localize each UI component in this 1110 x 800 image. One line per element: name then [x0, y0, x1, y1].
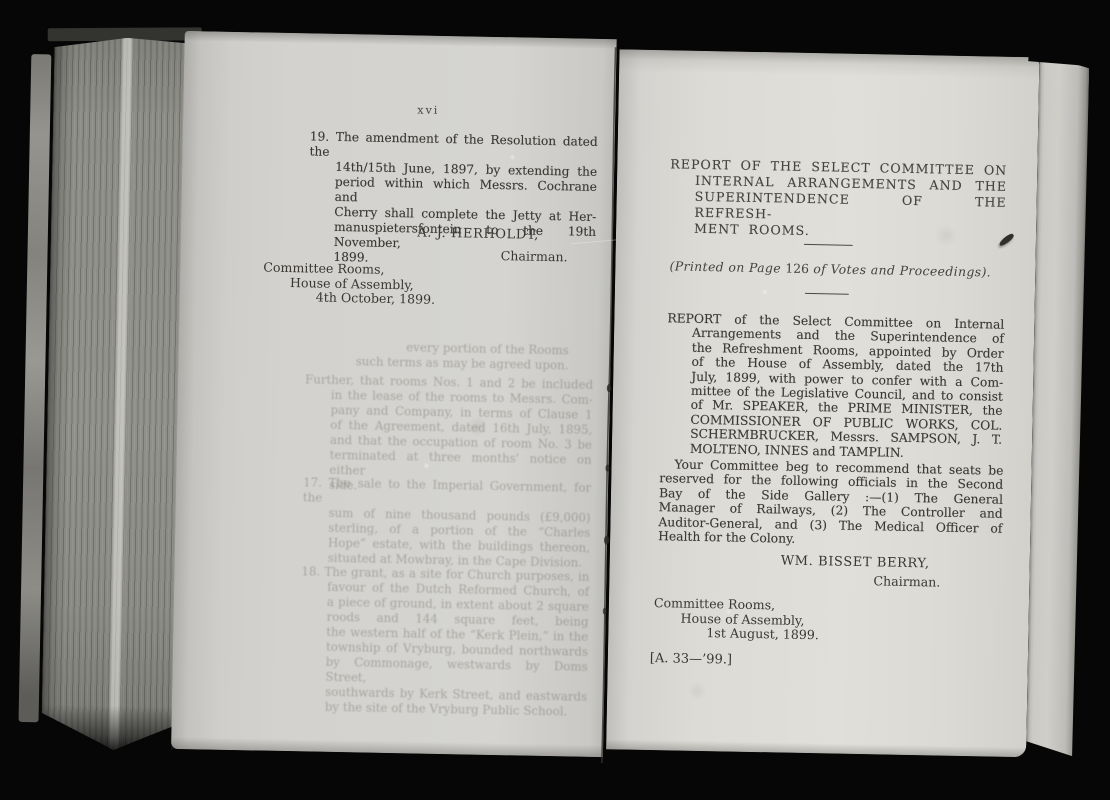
page-stack-fore-edge	[41, 36, 187, 750]
divider-rule	[805, 293, 849, 295]
text-line: 4th October, 1899.	[316, 291, 523, 309]
left-page: xvi 19. The amendment of the Resolution …	[171, 31, 617, 757]
text-line: 1st August, 1899.	[706, 626, 913, 644]
open-book: xvi 19. The amendment of the Resolution …	[15, 20, 1097, 800]
text-fragment: of Votes and Proceedings).	[809, 261, 991, 279]
report-paragraph: REPORT of the Select Committee on Intern…	[690, 312, 1005, 462]
scanned-book-photo: { "photo": { "background_color": "#06060…	[0, 0, 1110, 800]
printed-reference-note: (Printed on Page 126 of Votes and Procee…	[653, 258, 1007, 280]
dateline: Committee Rooms, House of Assembly, 4th …	[263, 261, 524, 309]
recommendation-paragraph: Your Committee beg to recommend that sea…	[658, 457, 1004, 550]
page-number: xvi	[405, 103, 451, 117]
bleedthrough-text: 18. The grant, as a site for Church purp…	[325, 565, 590, 720]
divider-rule	[804, 244, 853, 246]
right-page: REPORT OF THE SELECT COMMITTEE ON INTERN…	[606, 49, 1039, 757]
paper-docket-number: [A. 33—’99.]	[650, 651, 732, 668]
page-reference-number: 126	[785, 261, 809, 276]
dateline: Committee Rooms, House of Assembly, 1st …	[653, 596, 914, 644]
text-line: such terms as may be agreed upon.	[328, 354, 568, 374]
report-heading: REPORT OF THE SELECT COMMITTEE ON INTERN…	[694, 157, 1007, 243]
signatory-title: Chairman.	[759, 571, 940, 589]
bleedthrough-text: every portion of the Rooms such terms as…	[328, 339, 569, 374]
bleedthrough-text: 17. The sale to the Imperial Government,…	[328, 476, 592, 571]
text-fragment: (Printed on Page	[669, 258, 785, 275]
signatory-name: WM. BISSET BERRY,	[730, 553, 930, 572]
